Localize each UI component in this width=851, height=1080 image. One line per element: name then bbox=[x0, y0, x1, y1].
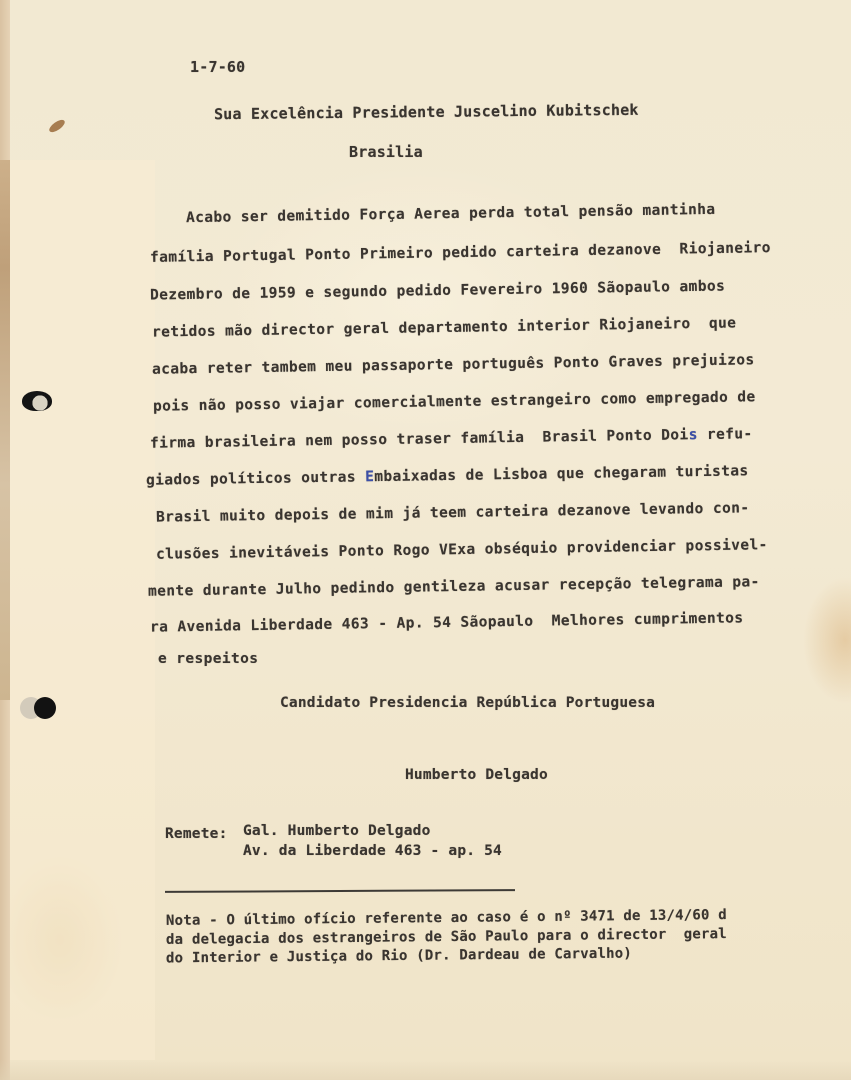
body-line: família Portugal Ponto Primeiro pedido c… bbox=[150, 240, 771, 266]
punch-hole-top bbox=[22, 391, 52, 411]
letter-addressee: Sua Excelência Presidente Juscelino Kubi… bbox=[214, 101, 639, 123]
page-edge-shadow bbox=[0, 160, 10, 700]
signatory-title: Candidato Presidencia República Portugue… bbox=[280, 695, 655, 711]
signature-name: Humberto Delgado bbox=[405, 767, 548, 783]
punch-hole-bottom bbox=[34, 697, 56, 719]
ink-stain bbox=[47, 118, 66, 135]
body-line: giados políticos outras Embaixadas de Li… bbox=[146, 463, 749, 488]
body-line: Dezembro de 1959 e segundo pedido Fevere… bbox=[150, 278, 725, 303]
separator-line bbox=[165, 889, 515, 893]
body-line: Acabo ser demitido Força Aerea perda tot… bbox=[186, 202, 716, 226]
body-line: ra Avenida Liberdade 463 - Ap. 54 Sãopau… bbox=[150, 610, 744, 635]
body-line: mente durante Julho pedindo gentileza ac… bbox=[148, 574, 760, 600]
note-line: do Interior e Justiça do Rio (Dr. Dardea… bbox=[166, 946, 632, 967]
note-line: da delegacia dos estrangeiros de São Pau… bbox=[166, 926, 727, 948]
body-line: clusões inevitáveis Ponto Rogo VExa obsé… bbox=[156, 537, 768, 563]
page-bottom-edge bbox=[0, 1060, 851, 1080]
sender-label: Remete: bbox=[165, 826, 228, 842]
body-line: e respeitos bbox=[158, 651, 258, 667]
body-line: Brasil muito depois de mim já teem carte… bbox=[156, 500, 750, 525]
pen-correction: s bbox=[689, 427, 698, 443]
sender-address: Av. da Liberdade 463 - ap. 54 bbox=[243, 843, 502, 859]
body-line: pois não posso viajar comercialmente est… bbox=[153, 389, 756, 414]
paper-overlay-strip bbox=[10, 160, 155, 1060]
letter-date: 1-7-60 bbox=[190, 58, 245, 76]
note-line: Nota - O último ofício referente ao caso… bbox=[166, 907, 727, 929]
body-line: firma brasileira nem posso traser famíli… bbox=[150, 426, 753, 451]
letter-city: Brasilia bbox=[349, 143, 423, 161]
body-line: retidos mão director geral departamento … bbox=[152, 315, 736, 340]
sender-name: Gal. Humberto Delgado bbox=[243, 823, 431, 839]
document-page: 1-7-60 Sua Excelência Presidente Jusceli… bbox=[0, 0, 851, 1080]
body-line: acaba reter tambem meu passaporte portug… bbox=[152, 352, 755, 377]
